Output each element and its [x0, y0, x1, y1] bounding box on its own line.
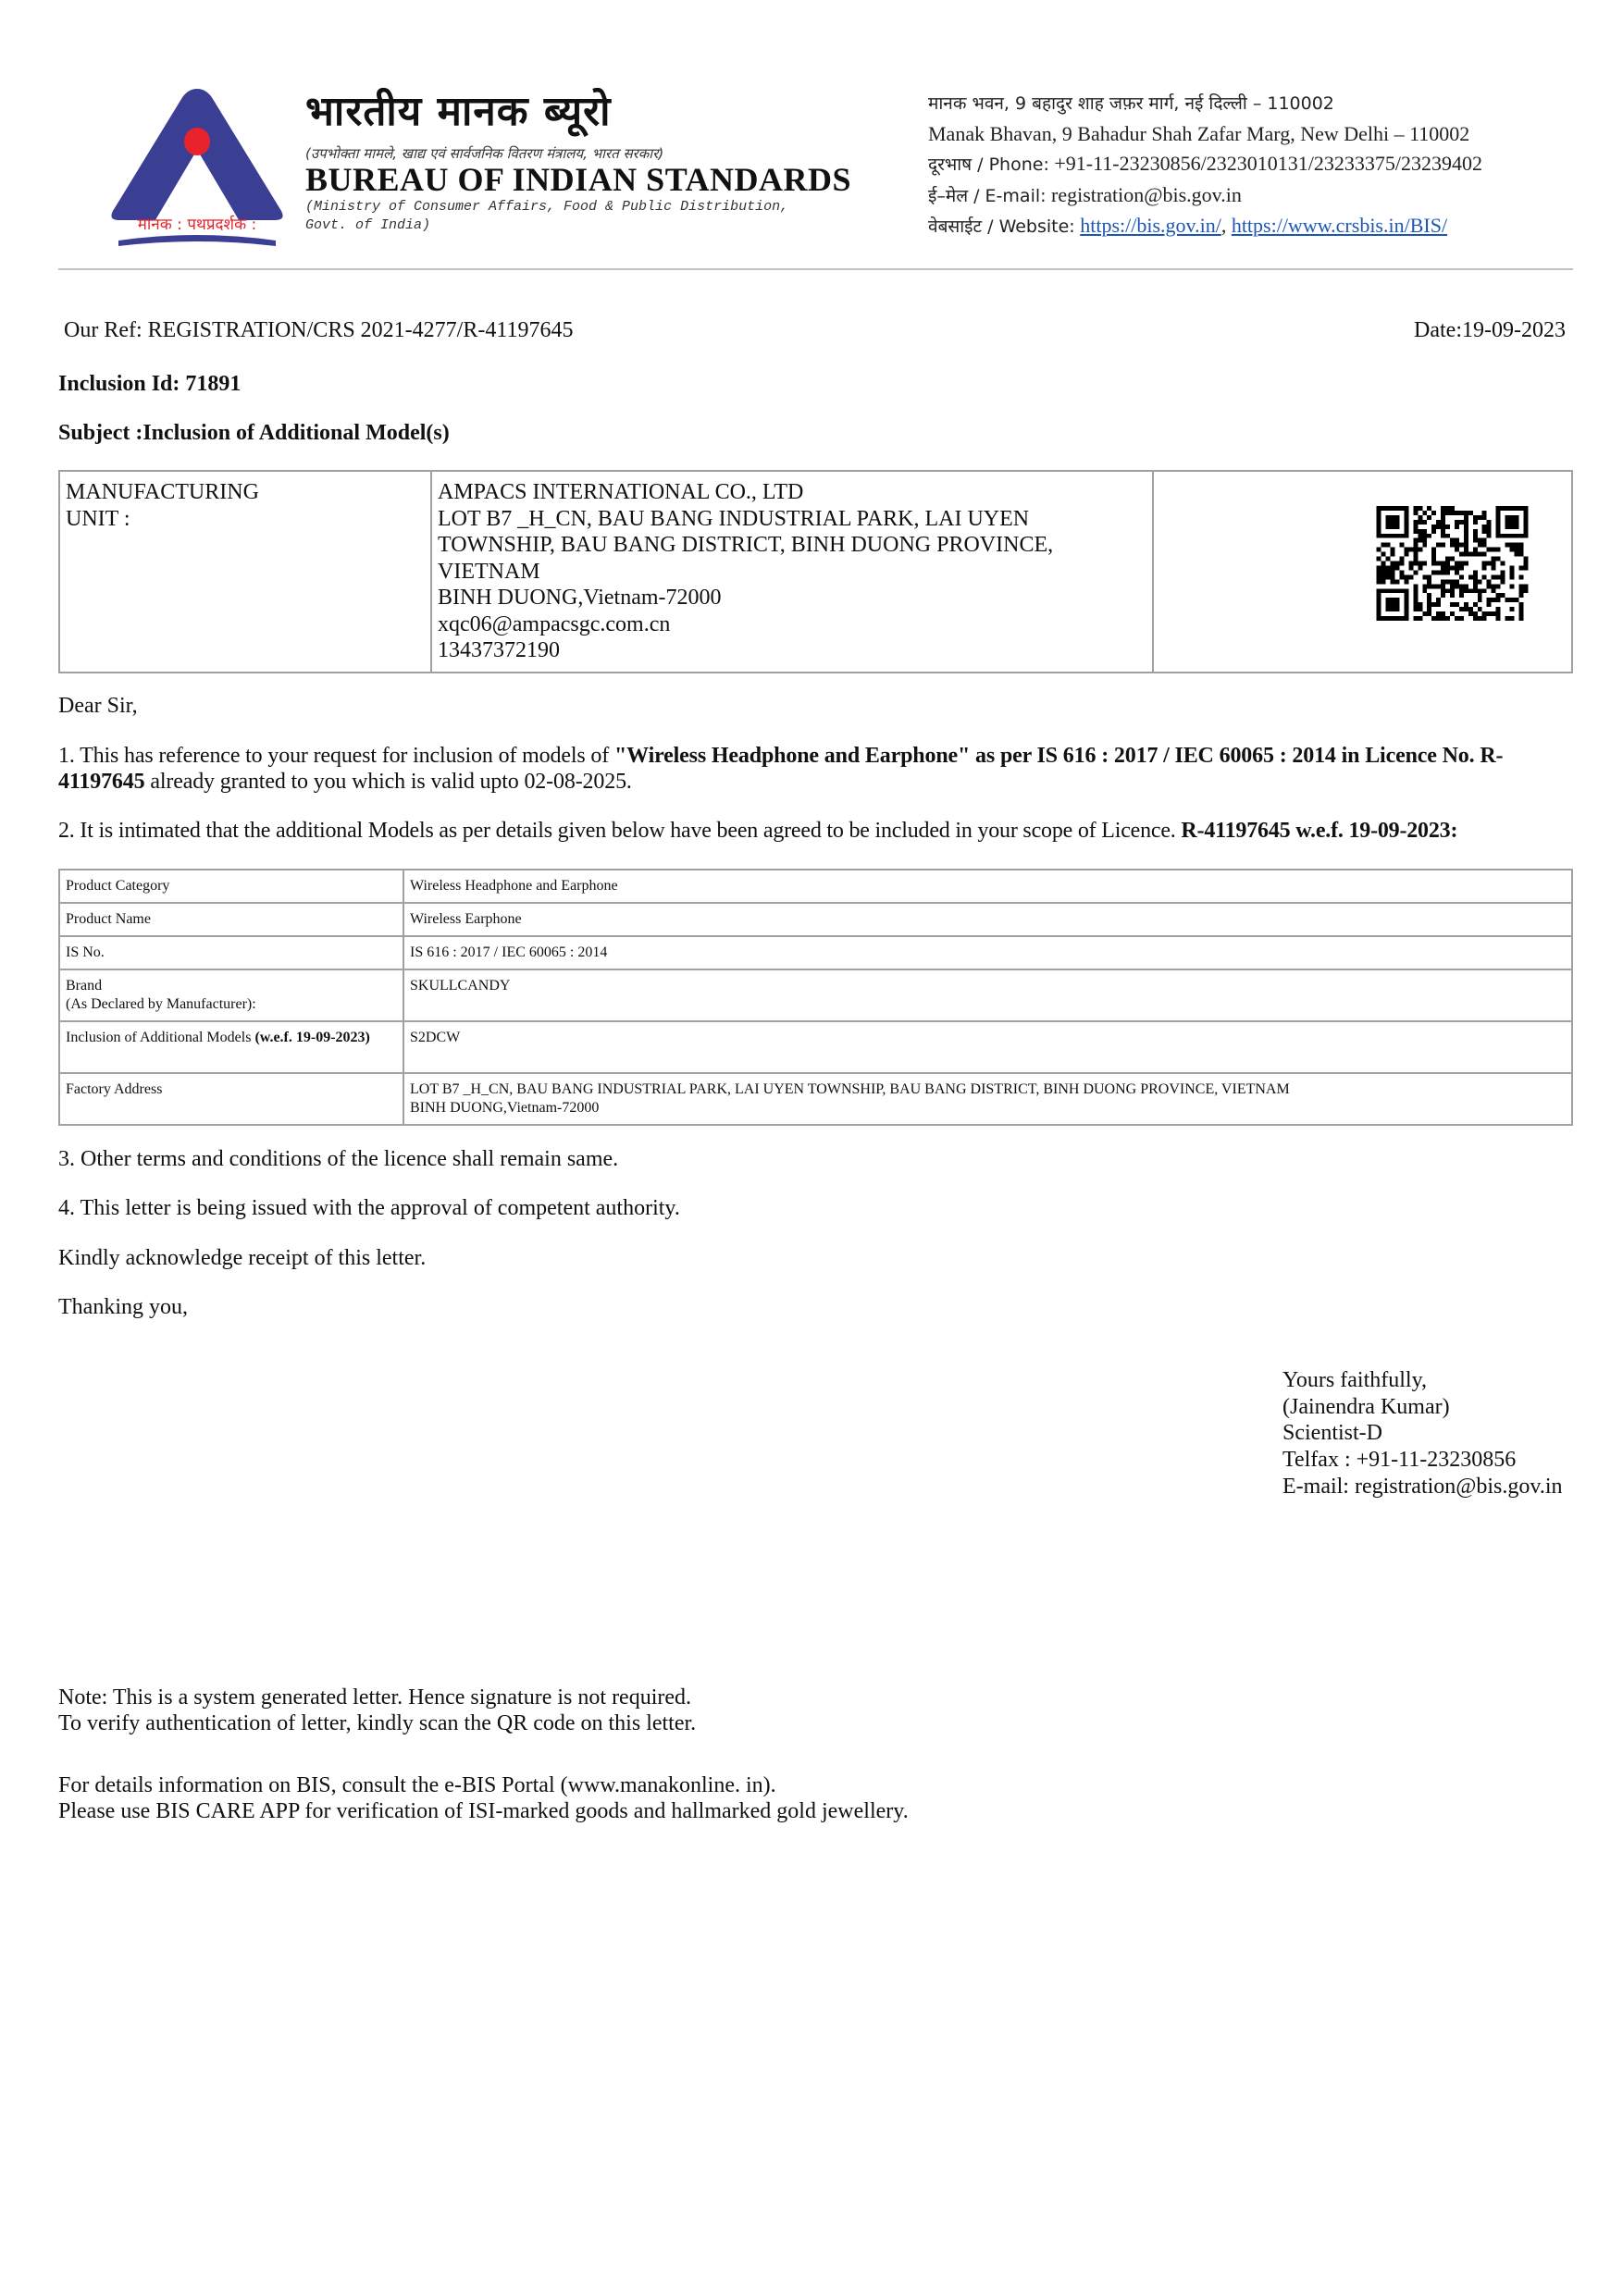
- table-row: Brand (As Declared by Manufacturer): SKU…: [59, 969, 1572, 1021]
- table-row: Product Category Wireless Headphone and …: [59, 870, 1572, 903]
- logo-tagline: मानक : पथप्रदर्शक :: [138, 215, 257, 234]
- address-line: VIETNAM: [438, 559, 1146, 586]
- signatory-email: E-mail: registration@bis.gov.in: [1282, 1474, 1563, 1500]
- city-line: BINH DUONG,Vietnam-72000: [438, 585, 1146, 611]
- org-name-english: BUREAU OF INDIAN STANDARDS: [305, 161, 851, 198]
- paragraph-3: 3. Other terms and conditions of the lic…: [58, 1146, 618, 1172]
- paragraph-1-text: 1. This has reference to your request fo…: [58, 744, 614, 768]
- ministry-line-2: Govt. of India): [305, 216, 788, 235]
- note-line-1: Note: This is a system generated letter.…: [58, 1685, 696, 1710]
- paragraph-1: 1. This has reference to your request fo…: [58, 743, 1576, 795]
- row-key: Product Category: [59, 870, 403, 903]
- company-name: AMPACS INTERNATIONAL CO., LTD: [438, 479, 1146, 506]
- label-line-1: MANUFACTURING: [66, 479, 425, 506]
- website-label: वेबसाईट / Website:: [928, 216, 1075, 237]
- signatory-designation: Scientist-D: [1282, 1420, 1563, 1447]
- ministry-hindi: (उपभोक्ता मामले, खाद्य एवं सार्वजनिक वित…: [305, 144, 663, 163]
- paragraph-2-bold: R-41197645 w.e.f. 19-09-2023:: [1181, 819, 1457, 843]
- info-line-2: Please use BIS CARE APP for verification…: [58, 1798, 909, 1824]
- factory-address-line-1: LOT B7 _H_CN, BAU BANG INDUSTRIAL PARK, …: [410, 1080, 1566, 1099]
- row-value: LOT B7 _H_CN, BAU BANG INDUSTRIAL PARK, …: [403, 1073, 1572, 1125]
- phone-label: दूरभाष / Phone:: [928, 154, 1049, 175]
- our-reference: Our Ref: REGISTRATION/CRS 2021-4277/R-41…: [64, 317, 573, 343]
- row-key: IS No.: [59, 936, 403, 969]
- qr-code-icon[interactable]: [1376, 506, 1529, 621]
- website-link-crsbis[interactable]: https://www.crsbis.in/BIS/: [1232, 214, 1447, 237]
- company-email: xqc06@ampacsgc.com.cn: [438, 611, 1146, 638]
- letter-date: Date:19-09-2023: [1414, 317, 1566, 343]
- label-line-2: UNIT :: [66, 506, 425, 533]
- company-phone: 13437372190: [438, 637, 1146, 664]
- table-row: Factory Address LOT B7 _H_CN, BAU BANG I…: [59, 1073, 1572, 1125]
- bis-logo-icon: मानक : पथप्रदर्शक :: [100, 81, 294, 248]
- email-line: ई–मेल / E-mail: registration@bis.gov.in: [928, 180, 1482, 212]
- phone-line: दूरभाष / Phone: +91-11-23230856/23230101…: [928, 149, 1482, 180]
- header-divider: [58, 268, 1573, 270]
- row-value: Wireless Earphone: [403, 903, 1572, 936]
- org-name-hindi: भारतीय मानक ब्यूरो: [305, 89, 612, 135]
- row-value: SKULLCANDY: [403, 969, 1572, 1021]
- qr-cell: [1153, 471, 1572, 673]
- factory-address-line-2: BINH DUONG,Vietnam-72000: [410, 1099, 1566, 1117]
- row-key: Product Name: [59, 903, 403, 936]
- manufacturing-unit-details: AMPACS INTERNATIONAL CO., LTD LOT B7 _H_…: [431, 471, 1153, 673]
- row-key: Factory Address: [59, 1073, 403, 1125]
- row-value: IS 616 : 2017 / IEC 60065 : 2014: [403, 936, 1572, 969]
- address-english: Manak Bhavan, 9 Bahadur Shah Zafar Marg,…: [928, 119, 1482, 150]
- subject-line: Subject :Inclusion of Additional Model(s…: [58, 420, 450, 446]
- row-key: Inclusion of Additional Models (w.e.f. 1…: [59, 1021, 403, 1073]
- table-row: Inclusion of Additional Models (w.e.f. 1…: [59, 1021, 1572, 1073]
- website-separator: ,: [1221, 214, 1227, 237]
- row-value: Wireless Headphone and Earphone: [403, 870, 1572, 903]
- manufacturing-unit-table: MANUFACTURING UNIT : AMPACS INTERNATIONA…: [58, 470, 1573, 673]
- inclusion-id: Inclusion Id: 71891: [58, 371, 241, 397]
- table-row: Product Name Wireless Earphone: [59, 903, 1572, 936]
- paragraph-2: 2. It is intimated that the additional M…: [58, 818, 1576, 844]
- info-line-1: For details information on BIS, consult …: [58, 1772, 909, 1798]
- table-row: IS No. IS 616 : 2017 / IEC 60065 : 2014: [59, 936, 1572, 969]
- brand-label-note: (As Declared by Manufacturer):: [66, 995, 397, 1014]
- phone-numbers: +91-11-23230856/2323010131/23233375/2323…: [1054, 152, 1482, 175]
- models-label-date: (w.e.f. 19-09-2023): [254, 1030, 369, 1045]
- email-label: ई–मेल / E-mail:: [928, 186, 1047, 206]
- closing: Yours faithfully,: [1282, 1367, 1563, 1394]
- address-hindi: मानक भवन, 9 बहादुर शाह जफ़र मार्ग, नई दि…: [928, 89, 1482, 119]
- signatory-telfax: Telfax : +91-11-23230856: [1282, 1447, 1563, 1474]
- ministry-english: (Ministry of Consumer Affairs, Food & Pu…: [305, 198, 788, 235]
- product-details-table: Product Category Wireless Headphone and …: [58, 869, 1573, 1126]
- paragraph-2-text: 2. It is intimated that the additional M…: [58, 819, 1181, 843]
- paragraph-1-tail: already granted to you which is valid up…: [144, 770, 631, 794]
- contact-block: मानक भवन, 9 बहादुर शाह जफ़र मार्ग, नई दि…: [928, 89, 1482, 242]
- paragraph-4: 4. This letter is being issued with the …: [58, 1195, 680, 1221]
- bis-info: For details information on BIS, consult …: [58, 1772, 909, 1824]
- email-address: registration@bis.gov.in: [1051, 183, 1242, 206]
- website-line: वेबसाईट / Website: https://bis.gov.in/, …: [928, 211, 1482, 242]
- thanks-line: Thanking you,: [58, 1294, 188, 1320]
- website-link-bis[interactable]: https://bis.gov.in/: [1080, 214, 1221, 237]
- address-line: LOT B7 _H_CN, BAU BANG INDUSTRIAL PARK, …: [438, 506, 1146, 533]
- note-line-2: To verify authentication of letter, kind…: [58, 1710, 696, 1736]
- brand-label: Brand: [66, 977, 397, 995]
- signatory-name: (Jainendra Kumar): [1282, 1394, 1563, 1421]
- salutation: Dear Sir,: [58, 693, 138, 719]
- row-value: S2DCW: [403, 1021, 1572, 1073]
- system-note: Note: This is a system generated letter.…: [58, 1685, 696, 1736]
- manufacturing-unit-label: MANUFACTURING UNIT :: [59, 471, 431, 673]
- acknowledge-line: Kindly acknowledge receipt of this lette…: [58, 1245, 426, 1271]
- address-line: TOWNSHIP, BAU BANG DISTRICT, BINH DUONG …: [438, 532, 1146, 559]
- signature-block: Yours faithfully, (Jainendra Kumar) Scie…: [1282, 1367, 1563, 1500]
- models-label: Inclusion of Additional Models: [66, 1030, 254, 1045]
- row-key: Brand (As Declared by Manufacturer):: [59, 969, 403, 1021]
- ministry-line-1: (Ministry of Consumer Affairs, Food & Pu…: [305, 198, 788, 216]
